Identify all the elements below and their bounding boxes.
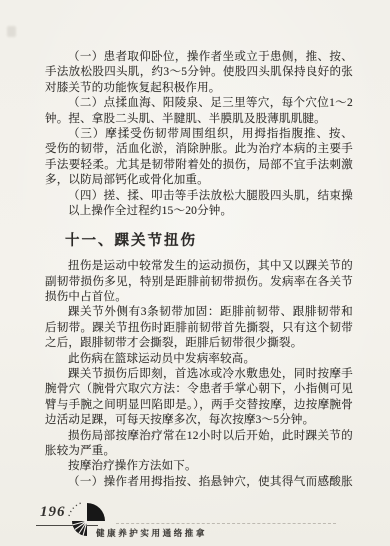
text-line: 胀较为严重。 bbox=[45, 444, 353, 459]
text-line: 后韧带。踝关节扭伤时距腓前韧带首先撕裂，只有这个韧带撕裂 bbox=[45, 321, 353, 336]
text-line: 边活动足踝，可每天按摩多次，每次按摩3～5分钟。 bbox=[45, 413, 353, 428]
text-line: 踝关节外侧有3条韧带加固：距腓前韧带、跟腓韧带和距腓 bbox=[45, 305, 353, 320]
page-footer: 196 健康养护实用通络推拿 bbox=[0, 496, 390, 546]
text-line: 损伤局部按摩治疗常在12小时以后开始，此时踝关节的肿 bbox=[45, 429, 353, 444]
text-line: （一）患者取仰卧位，操作者坐或立于患侧，推、按、揉等 bbox=[45, 50, 353, 65]
text-line: （三）摩揉受伤韧带周围组织，用拇指指腹推、按、揉、理 bbox=[45, 127, 353, 142]
page-content: （一）患者取仰卧位，操作者坐或立于患侧，推、按、揉等手法放松股四头肌，约3～5分… bbox=[0, 0, 390, 546]
text-line: 手法放松股四头肌，约3～5分钟。使股四头肌保持良好的张力， bbox=[45, 65, 353, 80]
text-line: 腕骨穴（腕骨穴取穴方法：令患者手掌心朝下，小指侧可见前 bbox=[45, 382, 353, 397]
text-line: 扭伤是运动中较常发生的运动损伤，其中又以踝关节的外侧 bbox=[45, 259, 353, 274]
text-line: 手法要轻柔。尤其是韧带附着处的损伤，局部不宜手法刺激过 bbox=[45, 158, 353, 173]
text-line: 多，以防局部钙化或骨化加重。 bbox=[45, 173, 353, 188]
paragraphs-knee-massage-steps: （一）患者取仰卧位，操作者坐或立于患侧，推、按、揉等手法放松股四头肌，约3～5分… bbox=[45, 50, 353, 219]
text-line: 臂与手腕之间明显凹陷即是。），两手交替按摩，边按摩腕骨穴 bbox=[45, 398, 353, 413]
book-title: 健康养护实用通络推拿 bbox=[96, 527, 207, 539]
text-line: 此伤病在篮球运动员中发病率较高。 bbox=[45, 352, 353, 367]
text-line: 以上操作全过程约15～20分钟。 bbox=[45, 204, 353, 219]
text-line: 之后，跟腓韧带才会撕裂，距腓后韧带很少撕裂。 bbox=[45, 336, 353, 351]
text-line: 副韧带损伤多见，特别是距腓前韧带损伤。发病率在各关节韧带 bbox=[45, 275, 353, 290]
text-line: 按摩治疗操作方法如下。 bbox=[45, 459, 353, 474]
text-line: 损伤中占首位。 bbox=[45, 290, 353, 305]
paragraphs-ankle-sprain: 扭伤是运动中较常发生的运动损伤，其中又以踝关节的外侧副韧带损伤多见，特别是距腓前… bbox=[45, 259, 353, 490]
text-line: 钟。捏、拿股二头肌、半腱肌、半膜肌及股薄肌肌腱。 bbox=[45, 112, 353, 127]
text-line: （二）点揉血海、阳陵泉、足三里等穴，每个穴位1～2分 bbox=[45, 96, 353, 111]
scanned-book-page: { "document": { "colors": { "paper": "#f… bbox=[0, 0, 390, 546]
text-line: （一）操作者用拇指按、掐悬钟穴，使其得气而感酸胀沉 bbox=[45, 475, 353, 490]
footer-rule-dashed bbox=[116, 523, 336, 524]
page-number: 196 bbox=[40, 504, 66, 521]
text-line: （四）搓、揉、叩击等手法放松大腿股四头肌，结束操作。 bbox=[45, 189, 353, 204]
section-heading-ankle-sprain: 十一、踝关节扭伤 bbox=[45, 232, 353, 250]
text-line: 对膝关节的功能恢复起积极作用。 bbox=[45, 81, 353, 96]
text-line: 踝关节损伤后即刻，首选冰或冷水敷患处，同时按摩手上的 bbox=[45, 367, 353, 382]
text-line: 受伤的韧带，活血化淤，消除肿胀。此为治疗本病的主要手法， bbox=[45, 142, 353, 157]
